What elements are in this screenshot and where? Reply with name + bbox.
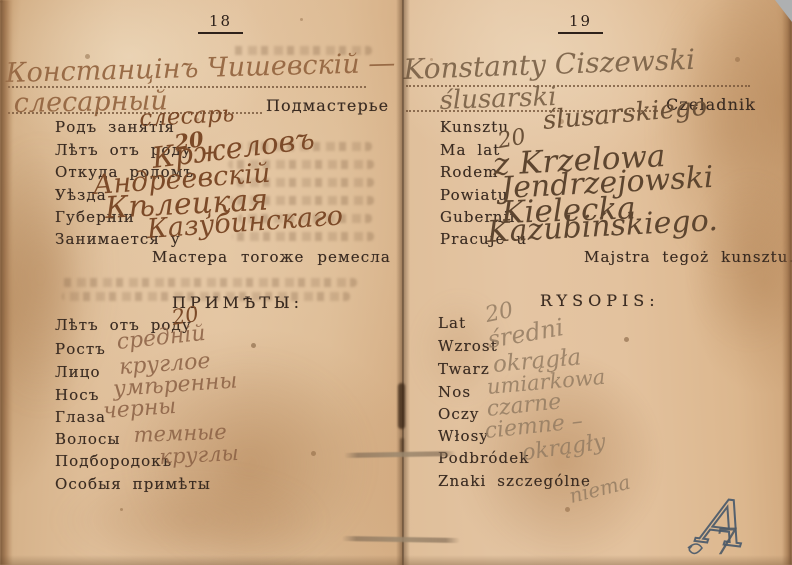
page-number-right: 19 bbox=[558, 12, 603, 34]
field-label: Ma lat bbox=[440, 141, 500, 159]
binding-spine bbox=[396, 0, 410, 565]
trait-label: Nos bbox=[438, 383, 471, 401]
printed-title-left: Подмастерье bbox=[266, 96, 389, 115]
page-edge-bottom bbox=[0, 555, 792, 565]
trait-label: Włosy bbox=[438, 427, 489, 445]
scanned-booklet-spread: 18 Констанцінъ Чишевскій — слесарный Под… bbox=[0, 0, 792, 565]
trait-label: Ростъ bbox=[55, 340, 106, 358]
trait-value-handwritten: черны bbox=[102, 396, 177, 423]
trait-label: Лицо bbox=[55, 363, 101, 381]
monogram-digit: 7 bbox=[714, 522, 737, 562]
trait-label: Подбородокъ bbox=[55, 452, 172, 470]
bleedthrough-smudge bbox=[62, 278, 357, 287]
deckle-edge-left bbox=[0, 0, 13, 565]
field-value-handwritten: слесарь bbox=[139, 103, 235, 131]
trait-label: Lat bbox=[438, 314, 466, 332]
master-note-left: Мастера тогоже ремесла bbox=[152, 248, 391, 266]
trait-label: Носъ bbox=[55, 386, 99, 404]
master-note-right: Majstra tegoż kunsztu. bbox=[584, 248, 792, 266]
page-number-left: 18 bbox=[198, 12, 243, 34]
trait-value-handwritten: круглы bbox=[159, 443, 239, 468]
trait-label: Волосы bbox=[55, 430, 121, 448]
trait-label: Twarz bbox=[438, 360, 490, 378]
trait-label: Oczy bbox=[438, 405, 479, 423]
page-edge-right bbox=[782, 0, 792, 565]
trait-label: Глаза bbox=[55, 408, 106, 426]
field-label: Powiatu bbox=[440, 186, 508, 204]
trait-label: Особыя примѣты bbox=[55, 475, 211, 493]
collector-monogram: A 7 bbox=[680, 478, 762, 562]
section-heading-right: RYSOPIS: bbox=[540, 291, 660, 310]
spine-ink-blot bbox=[398, 383, 405, 429]
field-label: Rodem bbox=[440, 163, 499, 181]
